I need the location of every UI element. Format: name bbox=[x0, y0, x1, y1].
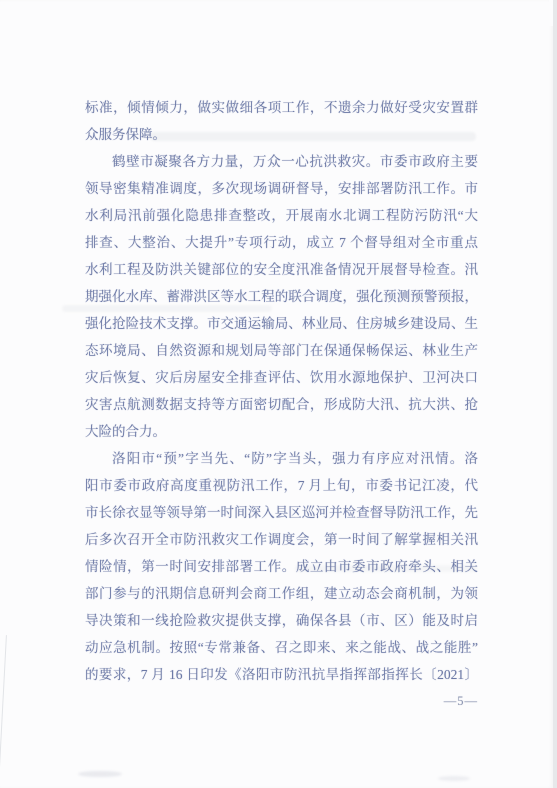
scanned-document-page: { "document": { "ink_color": "#6c79a6", … bbox=[0, 0, 557, 788]
text-line: 灾后恢复、灾后房屋安全排查评估、饮用水源地保护、卫河决口 bbox=[85, 364, 478, 391]
page-corner bbox=[549, 0, 553, 26]
text-line: 部门参与的汛期信息研判会商工作组，建立动态会商机制，为领 bbox=[85, 580, 478, 607]
text-line: 水利工程及防洪关键部位的安全度汛准备情况开展督导检查。汛 bbox=[85, 256, 478, 283]
page-number: —5— bbox=[85, 694, 480, 709]
text-line: 众服务保障。 bbox=[85, 121, 478, 148]
scan-smudge bbox=[438, 776, 470, 781]
text-line: 灾害点航测数据支持等方面密切配合，形成防大汛、抗大洪、抢 bbox=[85, 391, 478, 418]
page-edge-line bbox=[0, 635, 7, 785]
text-line: 态环境局、自然资源和规划局等部门在保通保畅保运、林业生产 bbox=[85, 337, 478, 364]
text-line: 后多次召开全市防汛救灾工作调度会，第一时间了解掌握相关汛 bbox=[85, 526, 478, 553]
text-line: 标准，倾情倾力，做实做细各项工作，不遗余力做好受灾安置群 bbox=[85, 94, 478, 121]
text-line: 的要求，7 月 16 日印发《洛阳市防汛抗旱指挥部指挥长〔2021〕 bbox=[85, 661, 478, 688]
text-line: 鹤壁市凝聚各方力量，万众一心抗洪救灾。市委市政府主要 bbox=[85, 148, 478, 175]
text-line: 洛阳市“预”字当先、“防”字当头，强力有序应对汛情。洛 bbox=[85, 445, 478, 472]
text-line: 大险的合力。 bbox=[85, 418, 478, 445]
text-line: 市长徐衣显等领导第一时间深入县区巡河并检查督导防汛工作，先 bbox=[85, 499, 478, 526]
scan-smudge bbox=[78, 771, 122, 777]
text-line: 导决策和一线抢险救灾提供支撑，确保各县（市、区）能及时启 bbox=[85, 607, 478, 634]
text-line: 动应急机制。按照“专常兼备、召之即来、来之能战、战之能胜” bbox=[85, 634, 478, 661]
text-line: 期强化水库、蓄滞洪区等水工程的联合调度，强化预测预警预报， bbox=[85, 283, 478, 310]
text-line: 水利局汛前强化隐患排查整改，开展南水北调工程防污防汛“大 bbox=[85, 202, 478, 229]
text-line: 领导密集精准调度，多次现场调研督导，安排部署防汛工作。市 bbox=[85, 175, 478, 202]
text-line: 强化抢险技术支撑。市交通运输局、林业局、住房城乡建设局、生 bbox=[85, 310, 478, 337]
text-line: 情险情，第一时间安排部署工作。成立由市委市政府牵头、相关 bbox=[85, 553, 478, 580]
text-line: 阳市委市政府高度重视防汛工作，7 月上旬，市委书记江凌，代 bbox=[85, 472, 478, 499]
paper-sheet: 标准，倾情倾力，做实做细各项工作，不遗余力做好受灾安置群 众服务保障。 鹤壁市凝… bbox=[0, 0, 553, 788]
document-body: 标准，倾情倾力，做实做细各项工作，不遗余力做好受灾安置群 众服务保障。 鹤壁市凝… bbox=[85, 94, 478, 688]
text-line: 排查、大整治、大提升”专项行动，成立 7 个督导组对全市重点 bbox=[85, 229, 478, 256]
